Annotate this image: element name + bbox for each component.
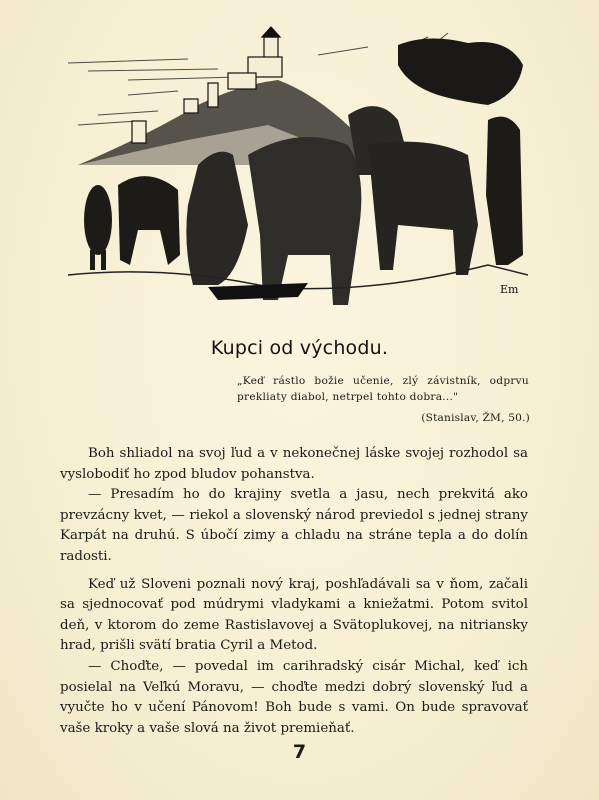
castle-merchants-illustration: Em bbox=[68, 25, 528, 315]
chapter-title: Kupci od východu. bbox=[0, 337, 599, 359]
page-number: 7 bbox=[0, 741, 599, 763]
body-paragraph: — Choďte, — povedal im carihradský cisár… bbox=[60, 657, 528, 739]
chapter-body: Boh shliadol na svoj ľud a v nekonečnej … bbox=[60, 444, 528, 739]
book-page: Em Kupci od východu. „Keď rástlo božie u… bbox=[0, 0, 599, 800]
epigraph-quote: „Keď rástlo božie učenie, zlý závistník,… bbox=[237, 373, 529, 405]
body-paragraph: Keď už Sloveni poznali nový kraj, poshľa… bbox=[60, 575, 528, 657]
body-paragraph: — Presadím ho do krajiny svetla a jasu, … bbox=[60, 485, 528, 567]
artist-signature: Em bbox=[500, 283, 519, 296]
body-paragraph: Boh shliadol na svoj ľud a v nekonečnej … bbox=[60, 444, 528, 485]
epigraph-source: (Stanislav, ŽM, 50.) bbox=[421, 412, 530, 424]
